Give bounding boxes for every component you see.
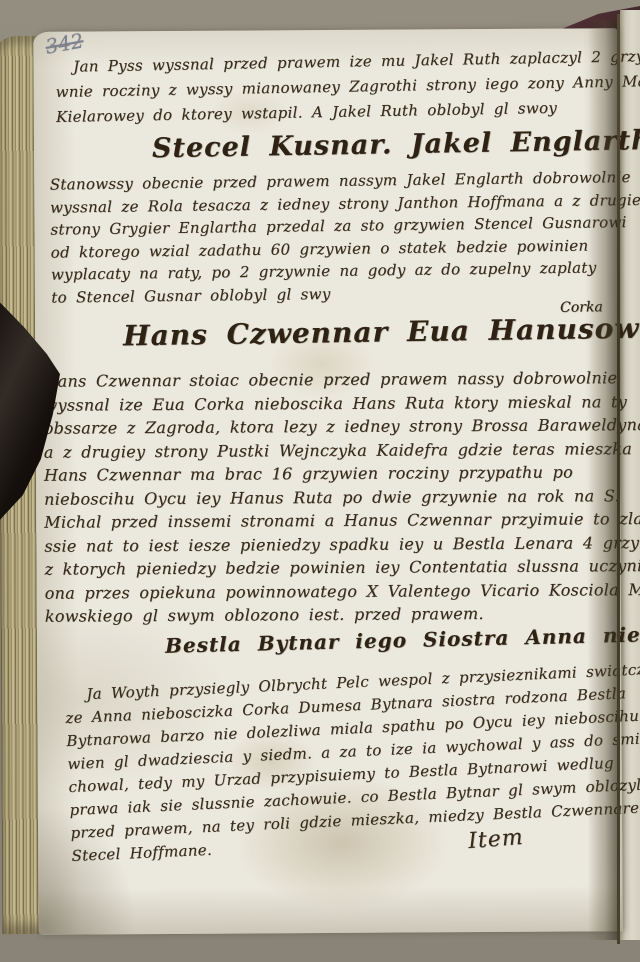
record-heading-3: Bestla Bytnar iego Siostra Anna niebosci… [165, 624, 589, 658]
record-heading-1: Stecel Kusnar. Jakel Englarth [152, 126, 576, 164]
entry-paragraph-1: Jan Pyss wyssnal przed prawem ize mu Jak… [55, 45, 604, 130]
manuscript-text-line: z ktorych pieniedzy bedzie powinien iey … [44, 554, 616, 581]
entry-paragraph-3: Hans Czwennar stoiac obecnie przed prawe… [43, 366, 617, 628]
manuscript-text-line: Hans Czwennar stoiac obecnie przed prawe… [43, 366, 615, 393]
manuscript-text-line: nieboscihu Oycu iey Hanus Ruta po dwie g… [44, 484, 616, 511]
manuscript-text-line: Hans Czwennar ma brac 16 grzywien roczin… [44, 460, 616, 487]
manuscript-page: 342 Jan Pyss wyssnal przed prawem ize mu… [33, 28, 623, 935]
record-heading-2-superscript: Corka [560, 299, 603, 316]
manuscript-text-line: wyssnal ize Eua Corka nieboscika Hans Ru… [43, 390, 615, 417]
entry-paragraph-4: Ja Woyth przysiegly Olbrycht Pelc wespol… [64, 660, 620, 868]
manuscript-text-line: a z drugiey strony Pustki Wejnczyka Kaid… [44, 437, 616, 464]
manuscript-text-line: ssie nat to iest iesze pieniedzy spadku … [44, 531, 616, 558]
manuscript-text-line: obssarze z Zagroda, ktora lezy z iedney … [44, 413, 616, 440]
entry-paragraph-2: Stanowssy obecnie przed prawem nassym Ja… [50, 166, 612, 308]
record-heading-2: Hans Czwennar Eua Hanusowa Rutowa Corka [123, 312, 607, 352]
manuscript-photo: 342 Jan Pyss wyssnal przed prawem ize mu… [0, 0, 640, 962]
clerk-mark: Item [467, 825, 524, 854]
manuscript-text-line: ona przes opiekuna powinnowatego X Valen… [45, 578, 617, 605]
gutter-crease [617, 14, 620, 944]
manuscript-text-line: Michal przed inssemi stronami a Hanus Cz… [44, 507, 616, 534]
